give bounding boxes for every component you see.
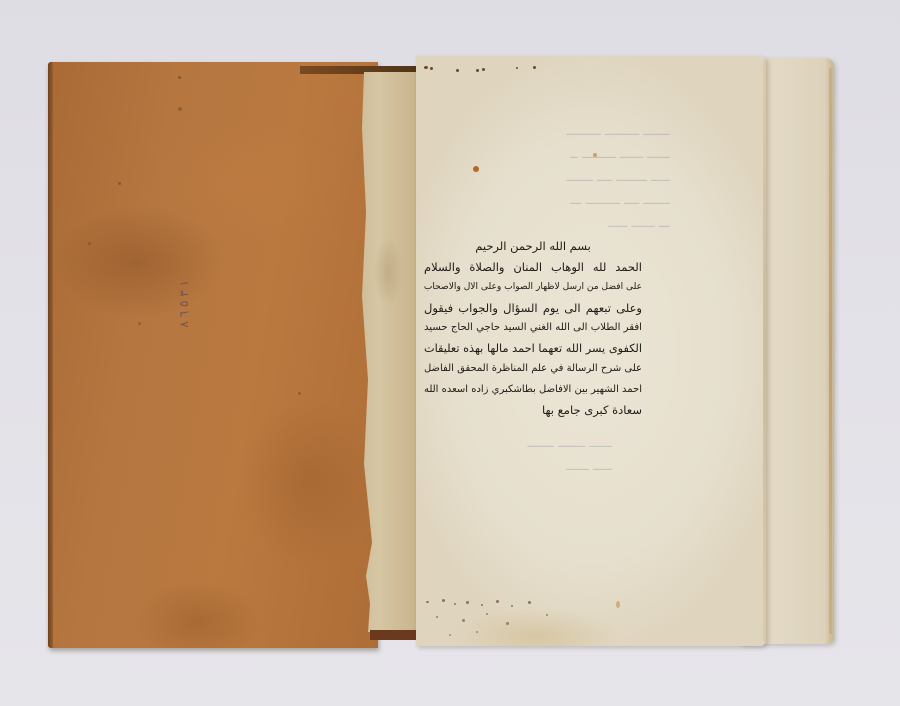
- text-line: افقر الطلاب الى الله الغني السيد حاجي ال…: [424, 318, 642, 339]
- text-line: وعلى تبعهم الى يوم السؤال والجواب فيقول: [424, 298, 642, 319]
- bleed-through-text-top: ـــــــ ـــــــــ ـــــــــ ــــــ ـــــ…: [430, 120, 670, 235]
- basmala-line: بسم الله الرحمن الرحيم: [424, 236, 642, 257]
- spine-bottom: [370, 630, 418, 640]
- text-line-last: سعادة كبرى جامع بها: [424, 400, 642, 421]
- cover-pencil-marks: ١ ٣ ٥ ٦ ٨: [176, 280, 216, 328]
- manuscript-photo: ١ ٣ ٥ ٦ ٨ ـــــــ ـــــــــ ـــــــــ: [0, 0, 900, 706]
- text-line: على شرح الرسالة في علم المناظرة المحقق ا…: [424, 359, 642, 380]
- text-line: الكفوى يسر الله تعهما احمد مالها بهذه تع…: [424, 339, 642, 360]
- text-line: على افضل من ارسل لاظهار الصواب وعلى الال…: [424, 277, 642, 298]
- manuscript-text: بسم الله الرحمن الرحيم الحمد لله الوهاب …: [424, 236, 642, 421]
- cover-edge: [48, 62, 53, 648]
- leather-cover: [48, 62, 378, 648]
- bleed-through-text-bottom: ــــــ ـــــــ ـــــــ ـــــ ــــــ: [432, 432, 612, 478]
- text-line: احمد الشهير بين الافاضل بطاشكبري زاده اس…: [424, 380, 642, 401]
- text-line: الحمد لله الوهاب المنان والصلاة والسلام: [424, 257, 642, 278]
